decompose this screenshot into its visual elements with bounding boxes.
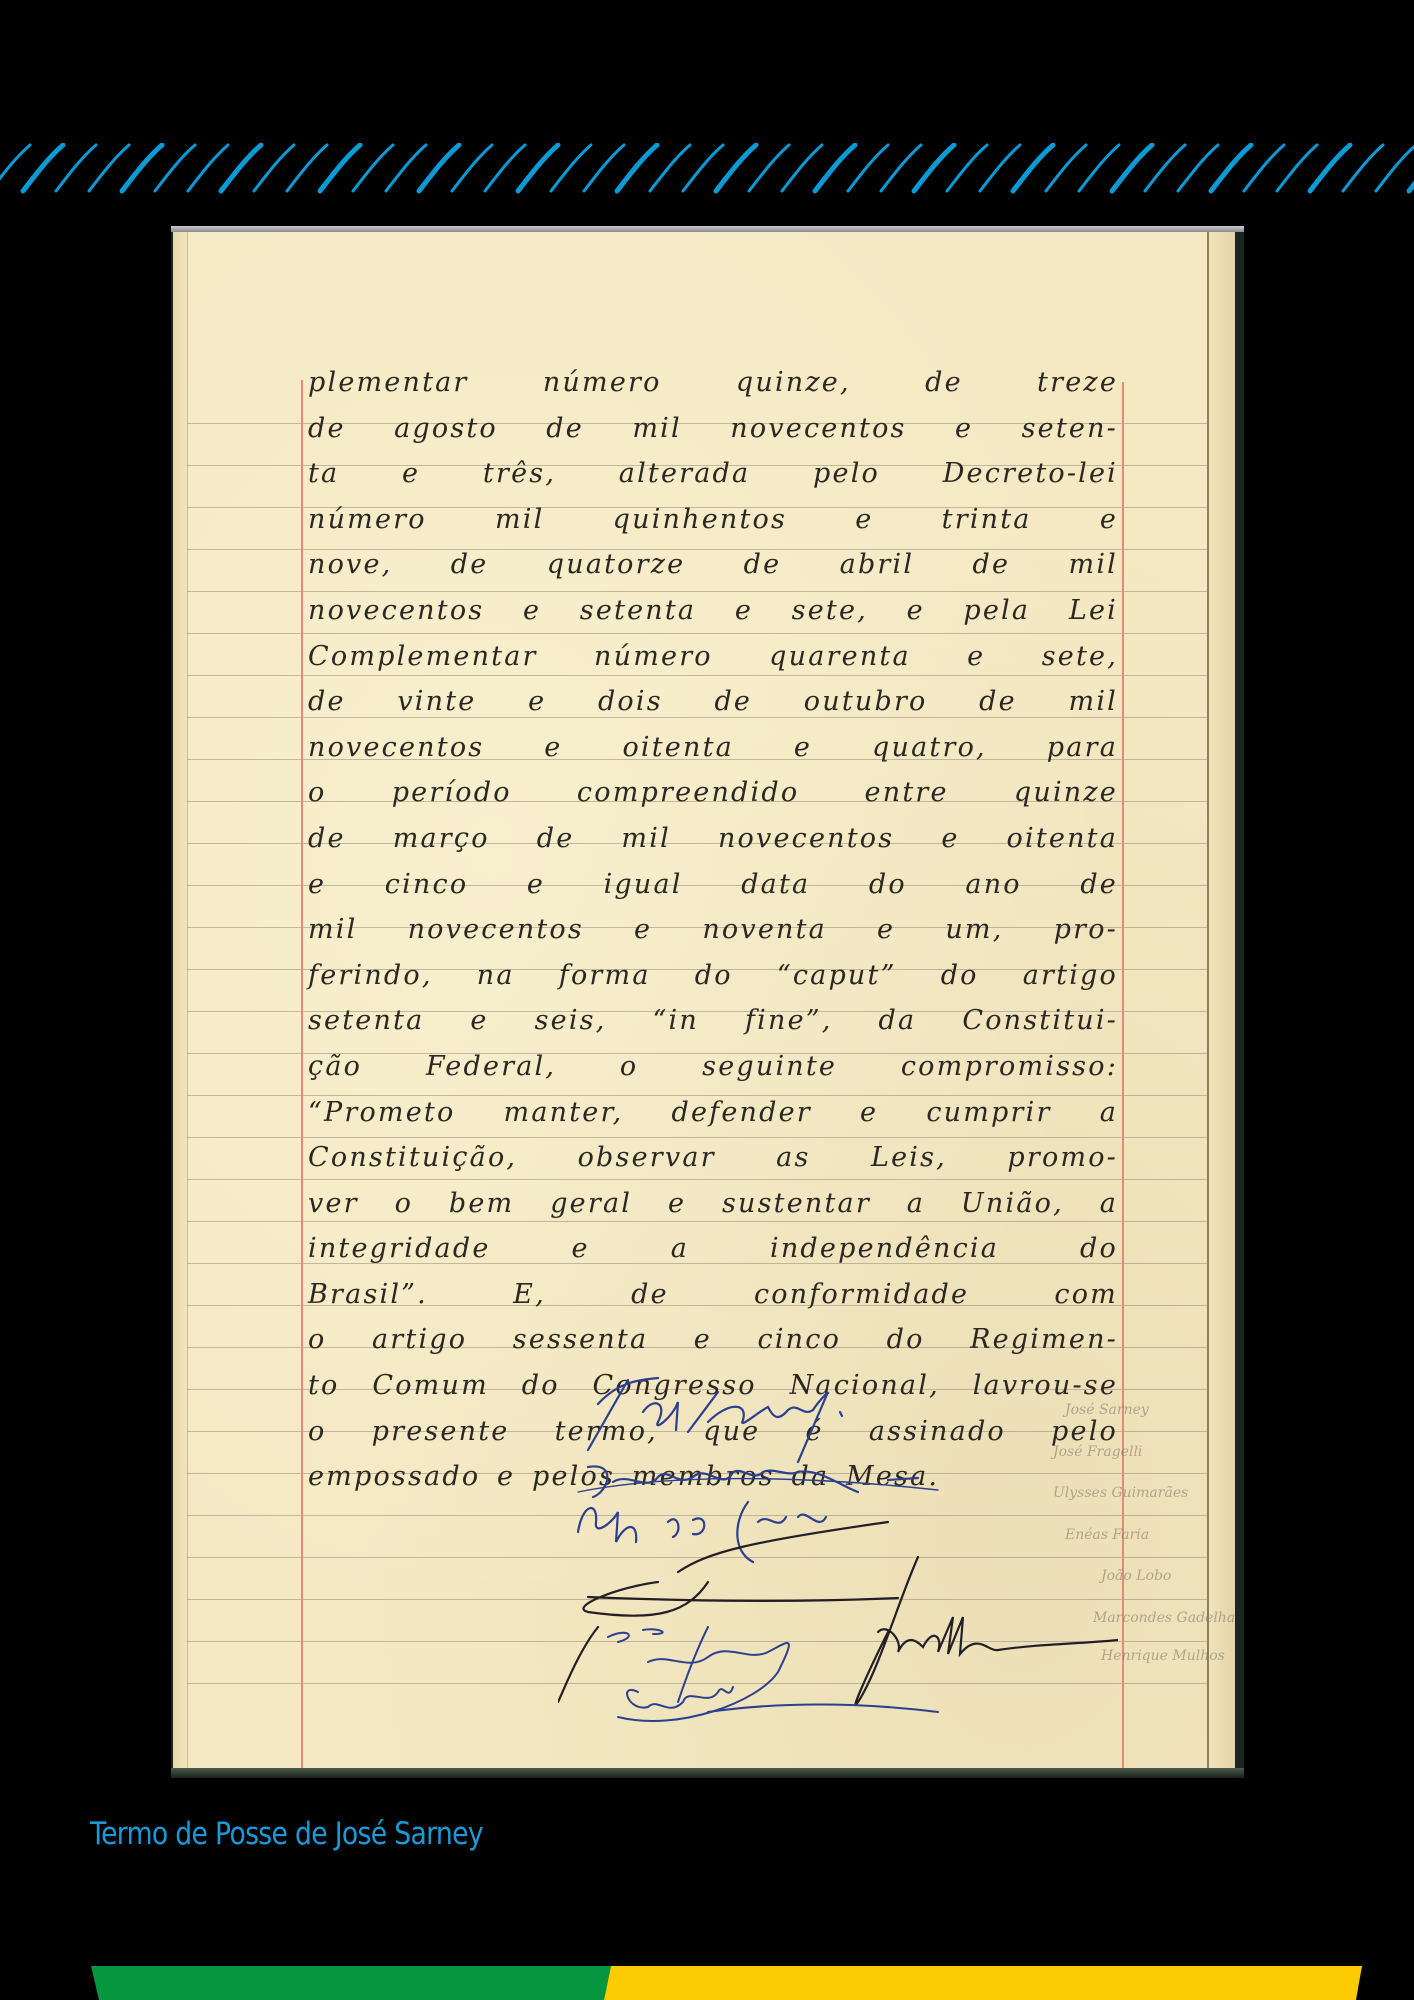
text-line: ver o bem geral e sustentar a União, a	[308, 1179, 1118, 1225]
pencil-note: José Sarney	[1053, 1390, 1203, 1432]
text-line: plementar número quinze, de treze	[308, 358, 1118, 404]
pencil-note: José Fragelli	[1053, 1432, 1203, 1474]
text-line: “Prometo manter, defender e cumprir a	[308, 1088, 1118, 1134]
text-line: ferindo, na forma do “caput” do artigo	[308, 951, 1118, 997]
page-binding-edge	[173, 232, 188, 1768]
text-line: ção Federal, o seguinte compromisso:	[308, 1042, 1118, 1088]
text-line: integridade e a independência do	[308, 1224, 1118, 1270]
text-line: nove, de quatorze de abril de mil	[308, 540, 1118, 586]
footer-bar-shape-icon	[0, 1966, 1414, 2000]
figure-caption: Termo de Posse de José Sarney	[90, 1816, 483, 1852]
text-line: número mil quinhentos e trinta e	[308, 495, 1118, 541]
pencil-note: Marcondes Gadelha	[1053, 1598, 1203, 1640]
text-line: Complementar número quarenta e sete,	[308, 632, 1118, 678]
signatures-icon	[558, 1372, 1118, 1722]
text-line: de agosto de mil novecentos e seten-	[308, 404, 1118, 450]
text-line: e cinco e igual data do ano de	[308, 860, 1118, 906]
page-right-fold	[1207, 232, 1235, 1768]
book-cover-edge	[171, 1768, 1244, 1778]
text-line: novecentos e setenta e sete, e pela Lei	[308, 586, 1118, 632]
text-line: Constituição, observar as Leis, promo-	[308, 1133, 1118, 1179]
text-line: ta e três, alterada pelo Decreto-lei	[308, 449, 1118, 495]
text-line: o período compreendido entre quinze	[308, 768, 1118, 814]
green-yellow-footer-bar	[0, 1966, 1414, 2000]
text-line: setenta e seis, “in fine”, da Constitui-	[308, 996, 1118, 1042]
text-line: mil novecentos e noventa e um, pro-	[308, 905, 1118, 951]
handwritten-document-page: plementar número quinze, de treze de ago…	[173, 232, 1235, 1768]
text-line: de março de mil novecentos e oitenta	[308, 814, 1118, 860]
decorative-blue-stripes	[0, 143, 1414, 195]
pencil-note: João Lobo	[1053, 1556, 1203, 1598]
pencil-annotations: José Sarney José Fragelli Ulysses Guimar…	[1053, 1390, 1203, 1677]
text-line: Brasil”. E, de conformidade com	[308, 1270, 1118, 1316]
stripe-pattern-icon	[0, 143, 1414, 195]
pencil-note: Ulysses Guimarães	[1053, 1473, 1203, 1515]
pencil-note: Enéas Faria	[1053, 1515, 1203, 1557]
text-line: o artigo sessenta e cinco do Regimen-	[308, 1315, 1118, 1361]
text-line: de vinte e dois de outubro de mil	[308, 677, 1118, 723]
pencil-note: Henrique Mulhos	[1053, 1636, 1203, 1678]
text-line: novecentos e oitenta e quatro, para	[308, 723, 1118, 769]
left-margin-line	[301, 380, 303, 1768]
handwritten-text: plementar número quinze, de treze de ago…	[308, 358, 1118, 1498]
